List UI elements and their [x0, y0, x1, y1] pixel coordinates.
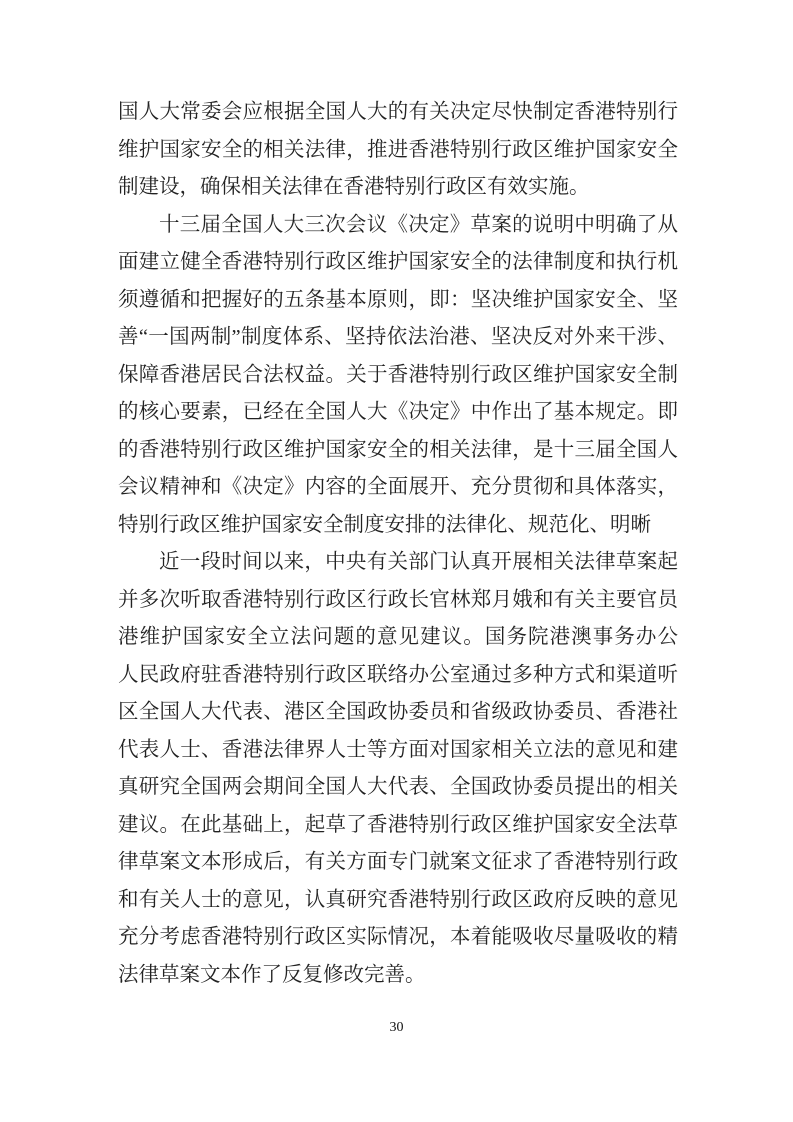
text-line: 法律草案文本作了反复修改完善。	[118, 957, 678, 995]
text-line: 和有关人士的意见，认真研究香港特别行政区政府反映的意见建议，	[118, 882, 678, 920]
text-line: 国人大常委会应根据全国人大的有关决定尽快制定香港特别行政区	[118, 94, 678, 132]
text-line: 会议精神和《决定》内容的全面展开、充分贯彻和具体落实，是香港	[118, 469, 678, 507]
text-line: 真研究全国两会期间全国人大代表、全国政协委员提出的相关意见和	[118, 769, 678, 807]
text-line: 区全国人大代表、港区全国政协委员和省级政协委员、香港社会各界	[118, 694, 678, 732]
text-line: 的香港特别行政区维护国家安全的相关法律，是十三届全国人大三次	[118, 432, 678, 470]
text-line: 保障香港居民合法权益。关于香港特别行政区维护国家安全制度安排	[118, 357, 678, 395]
text-line: 须遵循和把握好的五条基本原则，即：坚决维护国家安全、坚持和完	[118, 282, 678, 320]
text-line: 港维护国家安全立法问题的意见建议。国务院港澳事务办公室、中央	[118, 619, 678, 657]
text-line: 代表人士、香港法律界人士等方面对国家相关立法的意见和建议，认	[118, 732, 678, 770]
text-line: 充分考虑香港特别行政区实际情况，本着能吸收尽量吸收的精神，对	[118, 919, 678, 957]
text-line: 建议。在此基础上，起草了香港特别行政区维护国家安全法草案。法	[118, 807, 678, 845]
text-line: 十三届全国人大三次会议《决定》草案的说明中明确了从国家层	[118, 207, 678, 245]
page-number: 30	[0, 1020, 793, 1036]
text-line: 并多次听取香港特别行政区行政长官林郑月娥和有关主要官员对香	[118, 582, 678, 620]
text-line: 人民政府驻香港特别行政区联络办公室通过多种方式和渠道听取港	[118, 657, 678, 695]
text-line: 律草案文本形成后，有关方面专门就案文征求了香港特别行政区政府	[118, 844, 678, 882]
text-line: 面建立健全香港特别行政区维护国家安全的法律制度和执行机制必	[118, 244, 678, 282]
text-block: 国人大常委会应根据全国人大的有关决定尽快制定香港特别行政区维护国家安全的相关法律…	[118, 94, 678, 994]
text-line: 特别行政区维护国家安全制度安排的法律化、规范化、明晰化。	[118, 507, 678, 545]
text-line: 近一段时间以来，中央有关部门认真开展相关法律草案起草工作，	[118, 544, 678, 582]
text-line: 的核心要素，已经在全国人大《决定》中作出了基本规定。即将制定	[118, 394, 678, 432]
document-page: 国人大常委会应根据全国人大的有关决定尽快制定香港特别行政区维护国家安全的相关法律…	[0, 0, 793, 1122]
text-line: 善“一国两制”制度体系、坚持依法治港、坚决反对外来干涉、切实	[118, 319, 678, 357]
text-line: 制建设，确保相关法律在香港特别行政区有效实施。	[118, 169, 678, 207]
text-line: 维护国家安全的相关法律，推进香港特别行政区维护国家安全制度机	[118, 132, 678, 170]
